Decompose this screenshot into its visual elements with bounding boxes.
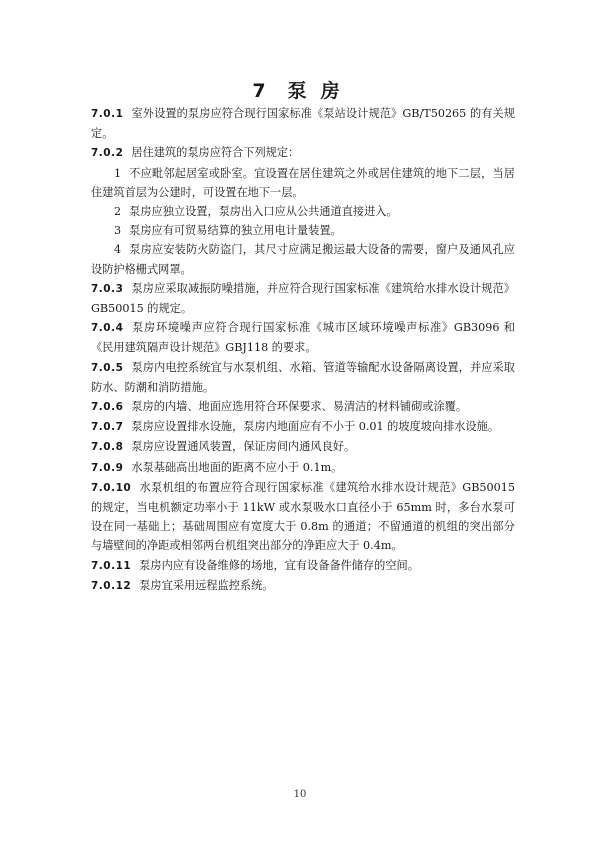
clause-number: 7.0.6 [91, 401, 123, 413]
clause-text: 泵房内电控系统宜与水泵机组、水箱、管道等输配水设备隔离设置，并应采取防水、防潮和… [91, 361, 515, 394]
document-page: 7泵房 7.0.1室外设置的泵房应符合现行国家标准《泵站设计规范》GB/T502… [0, 0, 600, 848]
clause-text: 泵房应设置通风装置，保证房间内通风良好。 [131, 440, 355, 453]
clause-text: 泵房的内墙、地面应选用符合环保要求、易清洁的材料铺砌或涂覆。 [131, 400, 467, 413]
clause-item-4: 4泵房应安装防火防盗门，其尺寸应满足搬运最大设备的需要，窗户及通风孔应设防护格栅… [91, 240, 515, 278]
clause-7-0-3: 7.0.3泵房应采取减振防噪措施，并应符合现行国家标准《建筑给水排水设计规范》G… [91, 279, 515, 318]
chapter-title: 7泵房 [0, 76, 600, 103]
clause-text: 泵房应设置排水设施，泵房内地面应有不小于 0.01 的坡度坡向排水设施。 [131, 420, 499, 433]
clause-7-0-11: 7.0.11泵房内应有设备维修的场地，宜有设备备件储存的空间。 [91, 556, 515, 576]
clause-text: 泵房宜采用远程监控系统。 [139, 579, 273, 592]
chapter-title-char: 房 [321, 80, 342, 102]
item-text: 不应毗邻起居室或卧室。宜设置在居住建筑之外或居住建筑的地下二层，当居住建筑首层为… [91, 167, 515, 199]
clause-item-2: 2泵房应独立设置，泵房出入口应从公共通道直接进入。 [91, 202, 515, 221]
clause-number: 7.0.11 [91, 560, 131, 572]
item-number: 2 [114, 205, 121, 218]
clause-number: 7.0.10 [91, 482, 131, 494]
clause-number: 7.0.7 [91, 421, 123, 433]
clause-number: 7.0.5 [91, 362, 123, 374]
clause-text: 水泵基础高出地面的距离不应小于 0.1m。 [131, 461, 342, 474]
clause-text: 泵房内应有设备维修的场地，宜有设备备件储存的空间。 [139, 559, 419, 572]
item-text: 泵房应安装防火防盗门，其尺寸应满足搬运最大设备的需要，窗户及通风孔应设防护格栅式… [91, 243, 515, 275]
clause-number: 7.0.2 [91, 147, 123, 159]
clause-7-0-9: 7.0.9水泵基础高出地面的距离不应小于 0.1m。 [91, 458, 515, 478]
item-number: 3 [114, 224, 121, 237]
clause-7-0-12: 7.0.12泵房宜采用远程监控系统。 [91, 576, 515, 596]
clause-number: 7.0.1 [91, 108, 123, 120]
clause-number: 7.0.4 [91, 322, 123, 334]
clause-text: 水泵机组的布置应符合现行国家标准《建筑给水排水设计规范》GB50015 的规定，… [91, 481, 515, 553]
clause-7-0-1: 7.0.1室外设置的泵房应符合现行国家标准《泵站设计规范》GB/T50265 的… [91, 104, 515, 143]
clause-number: 7.0.9 [91, 462, 123, 474]
clause-number: 7.0.3 [91, 283, 123, 295]
clause-item-1: 1不应毗邻起居室或卧室。宜设置在居住建筑之外或居住建筑的地下二层，当居住建筑首层… [91, 164, 515, 202]
clause-7-0-8: 7.0.8泵房应设置通风装置，保证房间内通风良好。 [91, 437, 515, 457]
clause-item-3: 3泵房应有可贸易结算的独立用电计量装置。 [91, 221, 515, 240]
page-number: 10 [0, 789, 600, 800]
chapter-body: 7.0.1室外设置的泵房应符合现行国家标准《泵站设计规范》GB/T50265 的… [91, 104, 515, 596]
clause-7-0-6: 7.0.6泵房的内墙、地面应选用符合环保要求、易清洁的材料铺砌或涂覆。 [91, 397, 515, 417]
clause-text: 室外设置的泵房应符合现行国家标准《泵站设计规范》GB/T50265 的有关规定。 [91, 107, 515, 140]
clause-text: 泵房应采取减振防噪措施，并应符合现行国家标准《建筑给水排水设计规范》GB5001… [91, 282, 515, 315]
item-text: 泵房应独立设置，泵房出入口应从公共通道直接进入。 [129, 205, 398, 218]
clause-number: 7.0.8 [91, 441, 123, 453]
clause-number: 7.0.12 [91, 580, 131, 592]
item-number: 4 [114, 243, 121, 256]
item-number: 1 [114, 167, 121, 180]
clause-7-0-10: 7.0.10水泵机组的布置应符合现行国家标准《建筑给水排水设计规范》GB5001… [91, 478, 515, 556]
clause-7-0-7: 7.0.7泵房应设置排水设施，泵房内地面应有不小于 0.01 的坡度坡向排水设施… [91, 417, 515, 437]
clause-7-0-4: 7.0.4泵房环境噪声应符合现行国家标准《城市区域环境噪声标准》GB3096 和… [91, 318, 515, 357]
clause-text: 泵房环境噪声应符合现行国家标准《城市区域环境噪声标准》GB3096 和《民用建筑… [91, 321, 515, 354]
chapter-title-char: 泵 [288, 80, 309, 102]
chapter-number: 7 [252, 80, 267, 102]
clause-7-0-2: 7.0.2居住建筑的泵房应符合下列规定： [91, 143, 515, 163]
item-text: 泵房应有可贸易结算的独立用电计量装置。 [129, 224, 342, 237]
clause-7-0-5: 7.0.5泵房内电控系统宜与水泵机组、水箱、管道等输配水设备隔离设置，并应采取防… [91, 358, 515, 397]
clause-text: 居住建筑的泵房应符合下列规定： [131, 146, 299, 159]
